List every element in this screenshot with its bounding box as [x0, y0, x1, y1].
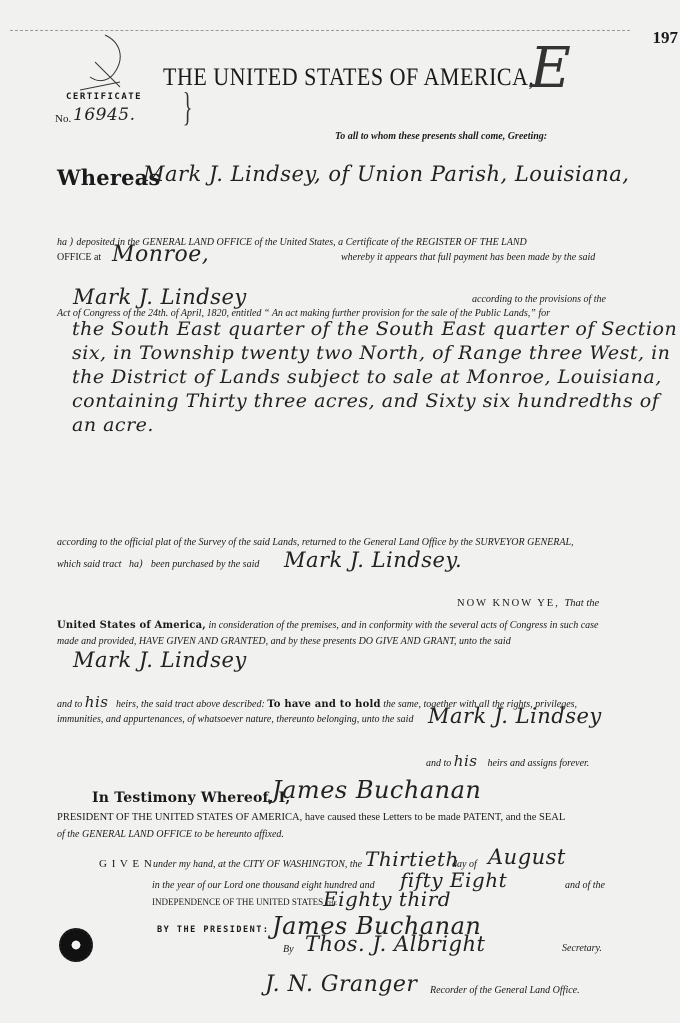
given-line-2-suffix: and of the	[565, 880, 605, 891]
deposit-ha: ha	[57, 237, 67, 248]
month-hand: August	[488, 845, 566, 869]
margin-scribble-icon	[80, 32, 150, 92]
given-line-1: under my hand, at the CITY OF WASHINGTON…	[153, 859, 362, 870]
given-line-3: INDEPENDENCE OF THE UNITED STATES the	[152, 897, 337, 907]
office-at-label: OFFICE at	[57, 252, 101, 263]
seal-icon	[59, 928, 93, 962]
whereas-grantee: Mark J. Lindsey, of Union Parish, Louisi…	[143, 162, 629, 186]
deposit-mark: )	[70, 237, 74, 248]
testimony-gothic: In Testimony Whereof, I,	[92, 790, 290, 806]
margin-mark: E	[530, 36, 571, 101]
grantee-name-3: Mark J. Lindsey	[73, 648, 247, 672]
and-to-text-2: and to	[426, 758, 451, 769]
recorder-label: Recorder of the General Land Office.	[430, 985, 580, 996]
independence-hand: Eighty third	[323, 887, 451, 911]
by-label: By	[283, 944, 294, 955]
secretary-signature: Thos. J. Albright	[305, 932, 485, 956]
grantee-name-4: Mark J. Lindsey	[428, 704, 602, 728]
grantee-name-1: Mark J. Lindsey	[73, 285, 247, 309]
now-know-suffix: That the	[564, 598, 599, 609]
his-hand-1: his	[85, 693, 109, 711]
assigns-text: heirs and assigns forever.	[487, 758, 589, 769]
description-line: the South East quarter of the South East…	[72, 318, 677, 340]
tract-mark: )	[139, 559, 143, 570]
certificate-label: CERTIFICATE	[66, 92, 142, 102]
description-line: the District of Lands subject to sale at…	[72, 366, 662, 388]
tract-text: which said tract	[57, 559, 121, 570]
by-the-president-label: BY THE PRESIDENT:	[157, 925, 270, 935]
document-title: THE UNITED STATES OF AMERICA,	[163, 62, 534, 92]
habendum-gothic: To have and to hold	[267, 699, 380, 710]
secretary-label: Secretary.	[562, 943, 602, 954]
given-word: G I V E N	[99, 858, 153, 870]
payment-text: whereby it appears that full payment has…	[341, 252, 595, 263]
description-line: containing Thirty three acres, and Sixty…	[72, 390, 659, 412]
now-know-line-2: made and provided, HAVE GIVEN AND GRANTE…	[57, 636, 511, 647]
grantee-name-2: Mark J. Lindsey.	[284, 548, 462, 572]
recorder-signature: J. N. Granger	[265, 972, 417, 997]
his-hand-2: his	[454, 752, 478, 770]
survey-line-2: which said tract ha) been purchased by t…	[57, 559, 259, 570]
tract-ha: ha	[129, 559, 139, 570]
heirs-line-2: immunities, and appurtenances, of whatso…	[57, 714, 413, 725]
page-number: 197	[653, 28, 679, 48]
office-location: Monroe,	[112, 242, 209, 267]
description-line: an acre.	[72, 414, 154, 436]
now-know-heading: NOW KNOW YE,	[457, 598, 560, 609]
and-to-text: and to	[57, 699, 82, 710]
testimony-line-1: PRESIDENT OF THE UNITED STATES OF AMERIC…	[57, 812, 565, 823]
certificate-no-label: No.	[55, 113, 71, 125]
testimony-line-2: of the GENERAL LAND OFFICE to be hereunt…	[57, 829, 284, 840]
greeting: To all to whom these presents shall come…	[335, 131, 547, 142]
survey-line-1: according to the official plat of the Su…	[57, 537, 574, 548]
president-name-hand: James Buchanan	[272, 776, 481, 804]
heirs-text: heirs, the said tract above described:	[116, 699, 265, 710]
deposit-line-2: OFFICE at	[57, 252, 101, 263]
description-line: six, in Township twenty two North, of Ra…	[72, 342, 670, 364]
purchased-text: been purchased by the said	[151, 559, 260, 570]
now-know-line-1: United States of America, in considerati…	[57, 620, 599, 631]
top-rule	[10, 30, 630, 31]
united-states-gothic: United States of America,	[57, 620, 206, 631]
provisions-text: according to the provisions of the	[472, 294, 606, 305]
heirs-line-3: and to his heirs and assigns forever.	[426, 752, 589, 770]
certificate-number: 16945.	[73, 105, 135, 125]
brace-glyph: }	[183, 83, 193, 130]
consideration-text: in consideration of the premises, and in…	[208, 620, 598, 631]
now-know-ye: NOW KNOW YE, That the	[457, 598, 599, 609]
independence-text: INDEPENDENCE OF THE UNITED STATES the	[152, 897, 337, 907]
